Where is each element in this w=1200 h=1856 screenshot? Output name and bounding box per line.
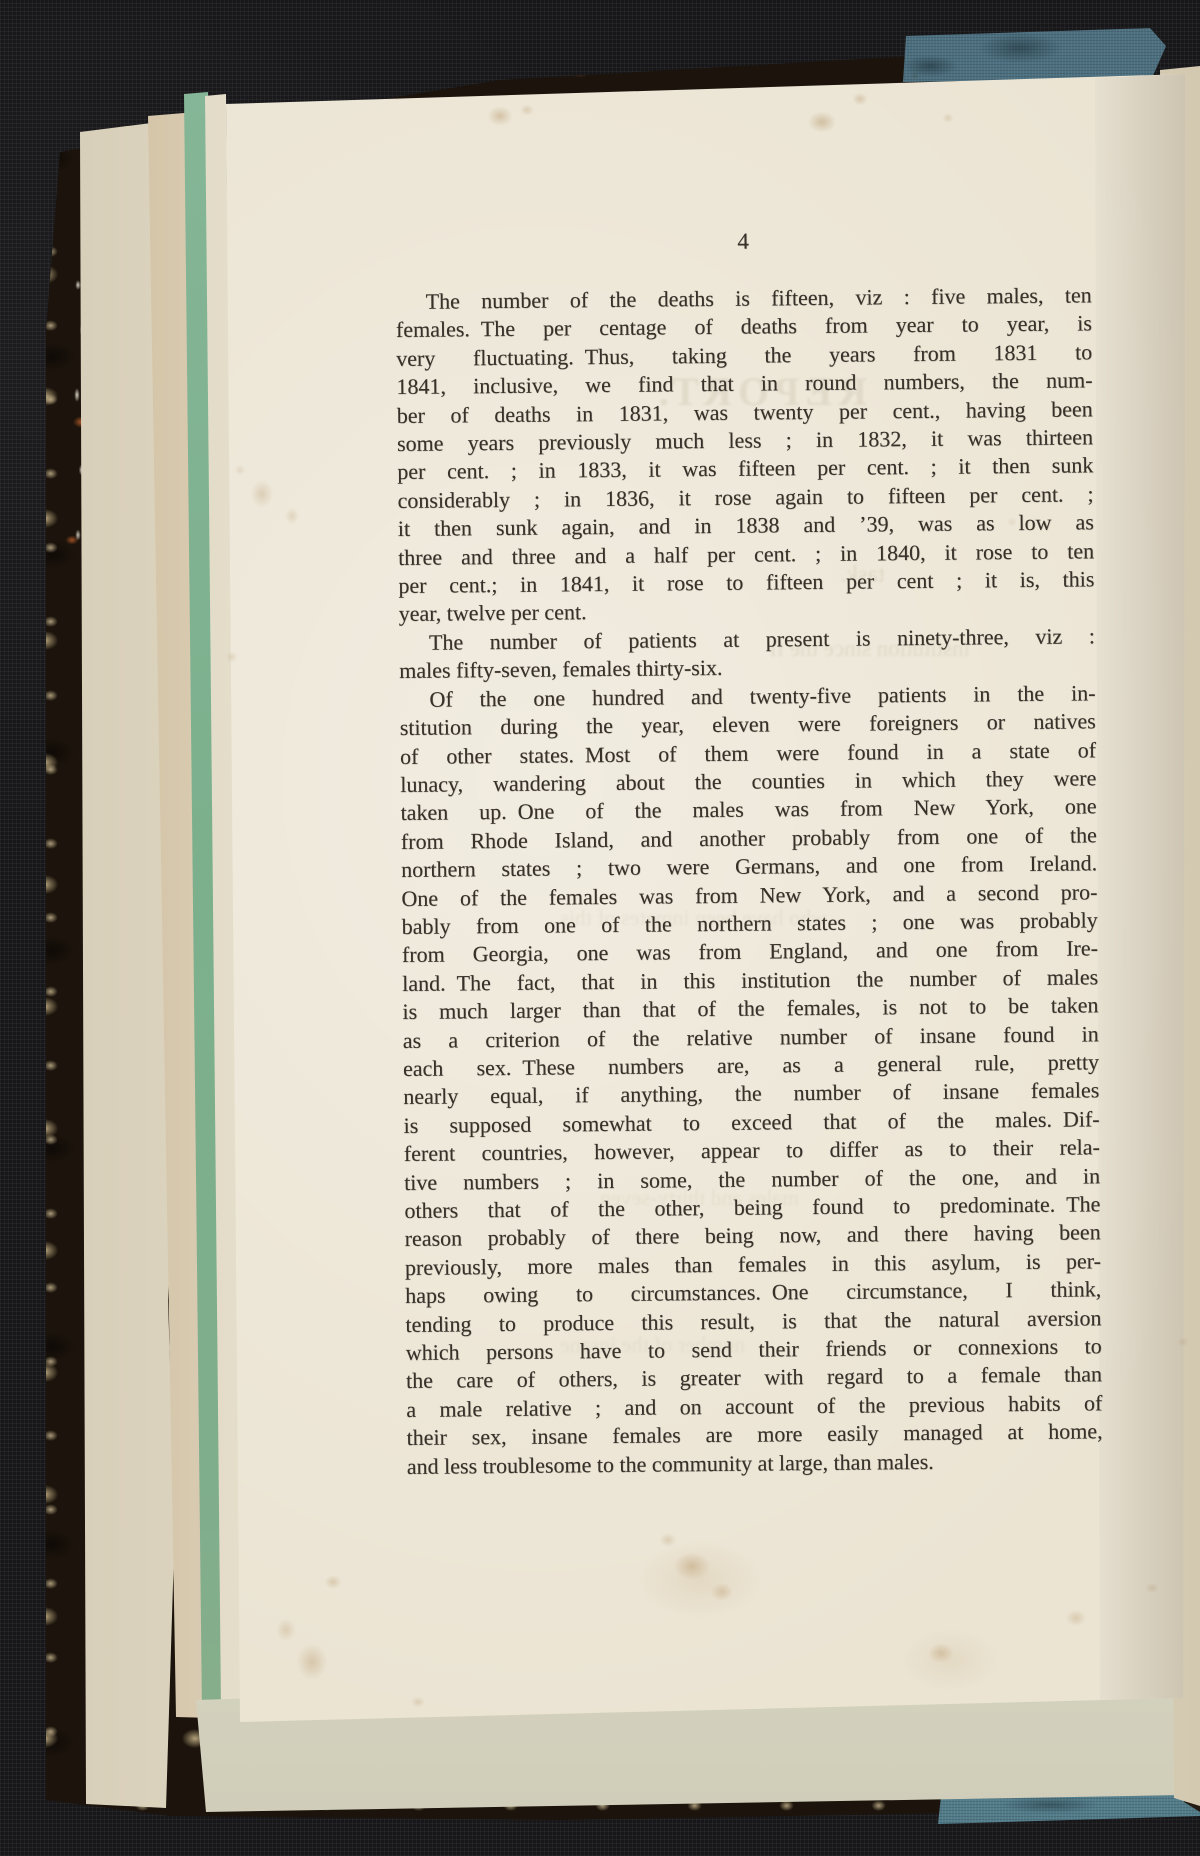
page-number: 4 [395, 225, 1092, 288]
paragraph: Of the one hundred and twenty-five patie… [399, 679, 1103, 1481]
paragraph: The number of the deaths is fifteen, viz… [396, 281, 1095, 629]
paragraph: The number of patients at present is nin… [399, 622, 1096, 685]
text-block: 4 The number of the deaths is fifteen, v… [395, 225, 1103, 1481]
book-scan-photo: REPORT. task. institution since the fi w… [0, 0, 1200, 1856]
